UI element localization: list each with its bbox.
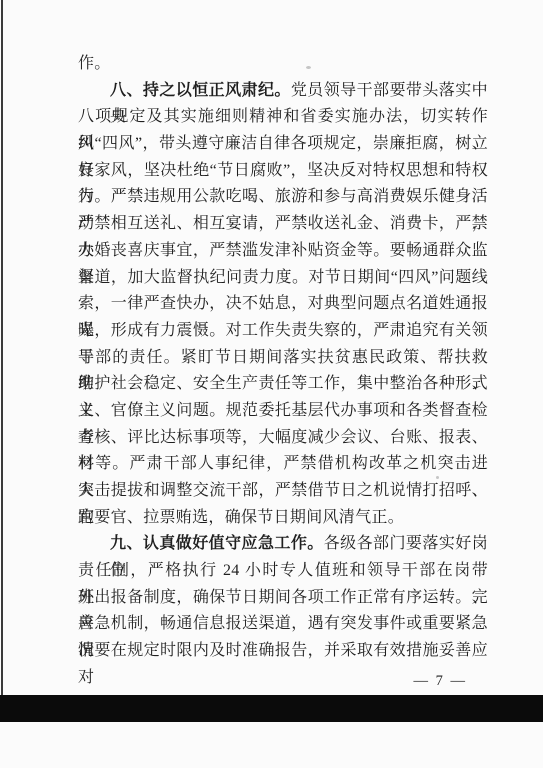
text-line: 好家风，坚决杜绝“节日腐败”，坚决反对特权思想和特权行	[78, 158, 488, 185]
line-text: 渠道，加大监督执纪问责力度。对节日期间“四风”问题线	[78, 269, 488, 286]
text-line: 光，形成有力震慑。对工作失责失察的，严肃追究有关领导	[78, 318, 488, 345]
text-line: 况要在规定时限内及时准确报告，并采取有效措施妥善应对	[78, 638, 488, 665]
text-line: 八、持之以恒正风肃纪。党员领导干部要带头落实中央	[78, 78, 488, 105]
text-line: 突击提拔和调整交流干部，严禁借节日之机说情打招呼、跑	[78, 478, 488, 505]
scan-black-band	[0, 695, 543, 722]
line-text: 作。	[78, 55, 111, 72]
text-line: 作。	[78, 51, 488, 78]
text-line: 官要官、拉票贿选，确保节日期间风清气正。	[78, 505, 488, 532]
scan-speckle	[436, 476, 439, 479]
document-body: 作。八、持之以恒正风肃纪。党员领导干部要带头落实中央八项规定及其实施细则精神和省…	[78, 51, 488, 665]
text-line: 外出报备制度，确保节日期间各项工作正常有序运转。完善	[78, 585, 488, 612]
section-heading: 八、持之以恒正风肃纪。	[110, 82, 291, 99]
text-line: 为。严禁违规用公款吃喝、旅游和参与高消费娱乐健身活动，	[78, 184, 488, 211]
scan-edge-line	[1, 0, 3, 695]
text-line: 干部的责任。紧盯节日期间落实扶贫惠民政策、帮扶救助、	[78, 345, 488, 372]
page-number: — 7 —	[414, 673, 468, 690]
text-line: 考核、评比达标事项等，大幅度减少会议、台账、报表、材	[78, 425, 488, 452]
text-line: 纠“四风”，带头遵守廉洁自律各项规定，崇廉拒腐，树立良	[78, 131, 488, 158]
text-line: 索，一律严查快办，决不姑息，对典型问题点名道姓通报曝	[78, 291, 488, 318]
text-line: 严禁相互送礼、相互宴请，严禁收送礼金、消费卡，严禁大	[78, 211, 488, 238]
scanned-page: 作。八、持之以恒正风肃纪。党员领导干部要带头落实中央八项规定及其实施细则精神和省…	[0, 0, 543, 768]
text-line: 责任制，严格执行 24 小时专人值班和领导干部在岗带班、	[78, 558, 488, 585]
scan-speckle	[306, 66, 311, 69]
section-heading: 九、认真做好值守应急工作。	[110, 535, 324, 552]
text-line: 八项规定及其实施细则精神和省委实施办法，切实转作风、	[78, 104, 488, 131]
line-text: 官要官、拉票贿选，确保节日期间风清气正。	[78, 509, 404, 526]
text-line: 义、官僚主义问题。规范委托基层代办事项和各类督查检查	[78, 398, 488, 425]
text-line: 渠道，加大监督执纪问责力度。对节日期间“四风”问题线	[78, 265, 488, 292]
text-line: 办婚丧喜庆事宜，严禁滥发津补贴资金等。要畅通群众监督	[78, 238, 488, 265]
text-line: 维护社会稳定、安全生产责任等工作，集中整治各种形式主	[78, 371, 488, 398]
text-line: 应急机制，畅通信息报送渠道，遇有突发事件或重要紧急情	[78, 611, 488, 638]
text-line: 九、认真做好值守应急工作。各级各部门要落实好岗位	[78, 531, 488, 558]
text-line: 料等。严肃干部人事纪律，严禁借机构改革之机突击进人、	[78, 451, 488, 478]
